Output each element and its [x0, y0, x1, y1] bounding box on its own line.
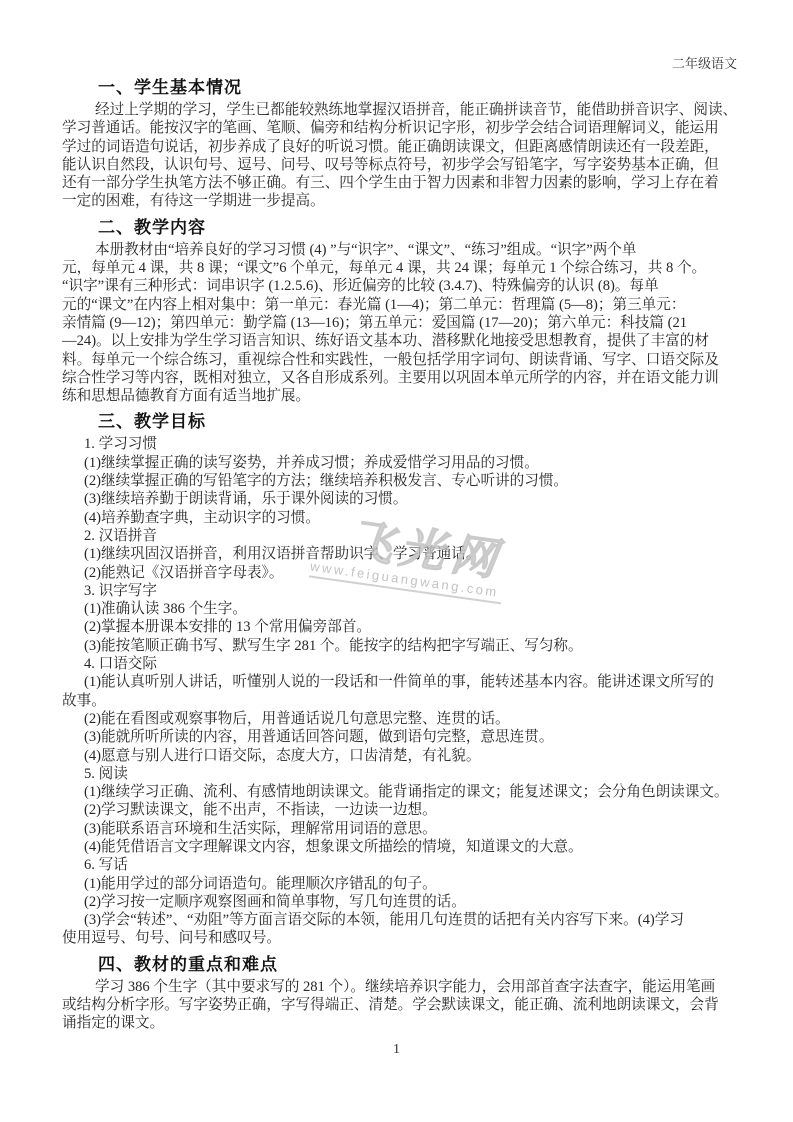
text-line: (2)学习按一定顺序观察图画和简单事物，写几句连贯的话。 — [62, 893, 737, 911]
text-line: 4. 口语交际 — [62, 655, 737, 673]
document-content: 二年级语文 一、学生基本情况经过上学期的学习，学生已都能较熟练地掌握汉语拼音，能… — [0, 0, 793, 1033]
text-line: 3. 识字写字 — [62, 582, 737, 600]
text-line: (1)准确认读 386 个生字。 — [62, 600, 737, 618]
text-line: 练和思想品德教育方面有适当地扩展。 — [62, 387, 737, 405]
text-line: (1)能用学过的部分词语造句。能理顺次序错乱的句子。 — [62, 875, 737, 893]
text-line: (3)继续培养勤于朗读背诵，乐于课外阅读的习惯。 — [62, 490, 737, 508]
text-line: 5. 阅读 — [62, 765, 737, 783]
text-line: 元，每单元 4 课，共 8 课；“课文”6 个单元，每单元 4 课，共 24 课… — [62, 259, 737, 277]
document-page: 二年级语文 一、学生基本情况经过上学期的学习，学生已都能较熟练地掌握汉语拼音，能… — [0, 0, 793, 1122]
text-line: 学习 386 个生字（其中要求写的 281 个）。继续培养识字能力，会用部首查字… — [62, 978, 737, 996]
header-subject-label: 二年级语文 — [62, 57, 737, 71]
section-heading: 一、学生基本情况 — [62, 78, 737, 98]
text-line: (2)掌握本册课本安排的 13 个常用偏旁部首。 — [62, 618, 737, 636]
text-line: (1)继续巩固汉语拼音，利用汉语拼音帮助识字、学习普通话。 — [62, 545, 737, 563]
text-line: 能认识自然段，认识句号、逗号、问号、叹号等标点符号，初步学会写铅笔字，写字姿势基… — [62, 156, 737, 174]
section-heading: 三、教学目标 — [62, 412, 737, 432]
text-line: “识字”课有三种形式：词串识字 (1.2.5.6)、形近偏旁的比较 (3.4.7… — [62, 277, 737, 295]
text-line: (1)能认真听别人讲话，听懂别人说的一段话和一件简单的事，能转述基本内容。能讲述… — [62, 673, 737, 691]
text-line: 2. 汉语拼音 — [62, 527, 737, 545]
text-line: 1. 学习习惯 — [62, 435, 737, 453]
text-line: (2)能熟记《汉语拼音字母表》。 — [62, 564, 737, 582]
text-line: 亲情篇 (9—12)；第四单元：勤学篇 (13—16)；第五单元：爱国篇 (17… — [62, 314, 737, 332]
text-line: (2)能在看图或观察事物后，用普通话说几句意思完整、连贯的话。 — [62, 710, 737, 728]
text-line: (4)愿意与别人进行口语交际，态度大方，口齿清楚，有礼貌。 — [62, 747, 737, 765]
text-line: 一定的困难，有待这一学期进一步提高。 — [62, 192, 737, 210]
text-line: 故事。 — [62, 692, 737, 710]
text-line: 使用逗号、句号、问号和感叹号。 — [62, 929, 737, 947]
text-line: 学过的词语造句说话，初步养成了良好的听说习惯。能正确朗读课文，但距离感情朗读还有… — [62, 138, 737, 156]
text-line: (1)继续掌握正确的读写姿势，并养成习惯；养成爱惜学习用品的习惯。 — [62, 454, 737, 472]
text-line: (3)学会“转述”、“劝阻”等方面言语交际的本领，能用几句连贯的话把有关内容写下… — [62, 911, 737, 929]
text-line: 6. 写话 — [62, 856, 737, 874]
text-line: 本册教材由“培养良好的学习习惯 (4) ”与“识字”、“课文”、“练习”组成。“… — [62, 241, 737, 259]
text-line: 或结构分析字形。写字姿势正确，字写得端正、清楚。学会默读课文，能正确、流利地朗读… — [62, 996, 737, 1014]
section-heading: 二、教学内容 — [62, 218, 737, 238]
text-line: 经过上学期的学习，学生已都能较熟练地掌握汉语拼音，能正确拼读音节，能借助拼音识字… — [62, 101, 737, 119]
text-line: (2)继续掌握正确的写铅笔字的方法；继续培养积极发言、专心听讲的习惯。 — [62, 472, 737, 490]
sections-container: 一、学生基本情况经过上学期的学习，学生已都能较熟练地掌握汉语拼音，能正确拼读音节… — [62, 78, 737, 1033]
text-line: 料。每单元一个综合练习，重视综合性和实践性，一般包括学用字词句、朗读背诵、写字、… — [62, 351, 737, 369]
text-line: (4)能凭借语言文字理解课文内容，想象课文所描绘的情境，知道课文的大意。 — [62, 838, 737, 856]
text-line: 诵指定的课文。 — [62, 1014, 737, 1032]
text-line: (3)能按笔顺正确书写、默写生字 281 个。能按字的结构把字写端正、写匀称。 — [62, 637, 737, 655]
text-line: 综合性学习等内容，既相对独立，又各自形成系列。主要用以巩固本单元所学的内容，并在… — [62, 369, 737, 387]
text-line: (2)学习默读课文，能不出声，不指读，一边读一边想。 — [62, 801, 737, 819]
section-heading: 四、教材的重点和难点 — [62, 955, 737, 975]
text-line: —24)。以上安排为学生学习语言知识、练好语文基本功、潜移默化地接受思想教育，提… — [62, 332, 737, 350]
text-line: (4)培养勤查字典，主动识字的习惯。 — [62, 509, 737, 527]
text-line: (1)继续学习正确、流利、有感情地朗读课文。能背诵指定的课文；能复述课文；会分角… — [62, 783, 737, 801]
text-line: (3)能就所听所读的内容，用普通话回答问题，做到语句完整，意思连贯。 — [62, 728, 737, 746]
text-line: (3)能联系语言环境和生活实际，理解常用词语的意思。 — [62, 820, 737, 838]
text-line: 元的“课文”在内容上相对集中：第一单元：春光篇 (1—4)；第二单元：哲理篇 (… — [62, 296, 737, 314]
text-line: 学习普通话。能按汉字的笔画、笔顺、偏旁和结构分析识记字形，初步学会结合词语理解词… — [62, 119, 737, 137]
text-line: 还有一部分学生执笔方法不够正确。有三、四个学生由于智力因素和非智力因素的影响，学… — [62, 174, 737, 192]
page-number: 1 — [0, 1042, 793, 1058]
